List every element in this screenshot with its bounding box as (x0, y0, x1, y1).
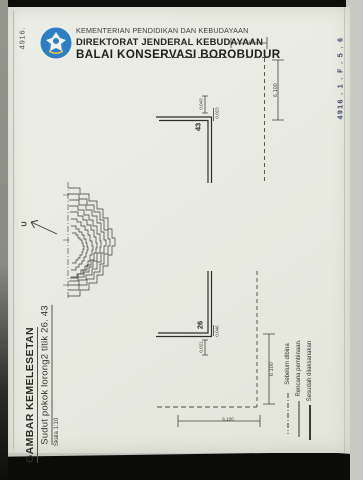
legend-item-rencana-pembinaan: Rencana pembinaan. (296, 339, 302, 396)
displacement-boundary-dashed (157, 58, 266, 408)
corner-detail-43-lines (156, 117, 212, 183)
dim-corner26-b: 0.046 (215, 325, 220, 336)
dim-bottom-vertical: 6.100 (269, 362, 275, 376)
drawing-subtitle: Sudut pokok lorong2 titik 26. 43 (40, 305, 53, 445)
drawing-linework (0, 0, 363, 480)
dim-corner26-a: 0.021 (199, 341, 204, 352)
archive-code-stamp: 4916 . 1 . F . 5 . 6 (338, 37, 345, 120)
dim-corner43-a: 0.043 (199, 98, 204, 109)
legend-item-sebelum-dibina: Sebelum dibina (285, 343, 291, 384)
north-arrow (31, 221, 57, 235)
contour-plan (63, 182, 115, 300)
archive-number: 4916. (18, 27, 27, 50)
dim-header-horizontal: 2.114 (243, 40, 254, 45)
corner-43-label: 43 (194, 123, 203, 131)
corner-26-label: 26 (196, 321, 205, 329)
drawing-title: GAMBAR KEMELESETAN (24, 327, 38, 463)
dim-top-vertical: 6.100 (273, 83, 279, 97)
north-label: U (22, 221, 29, 226)
dim-bottom-horizontal: 6.100 (222, 417, 233, 422)
legend-item-sesudah-dilaksanakan: Sesudah dilaksanakan (307, 341, 313, 401)
dim-corner43-b: 0.023 (215, 107, 220, 118)
drawing-scale: Skala 1:10 (54, 418, 60, 446)
scanned-drawing-page: KEMENTERIAN PENDIDIKAN DAN KEBUDAYAAN DI… (0, 0, 363, 480)
